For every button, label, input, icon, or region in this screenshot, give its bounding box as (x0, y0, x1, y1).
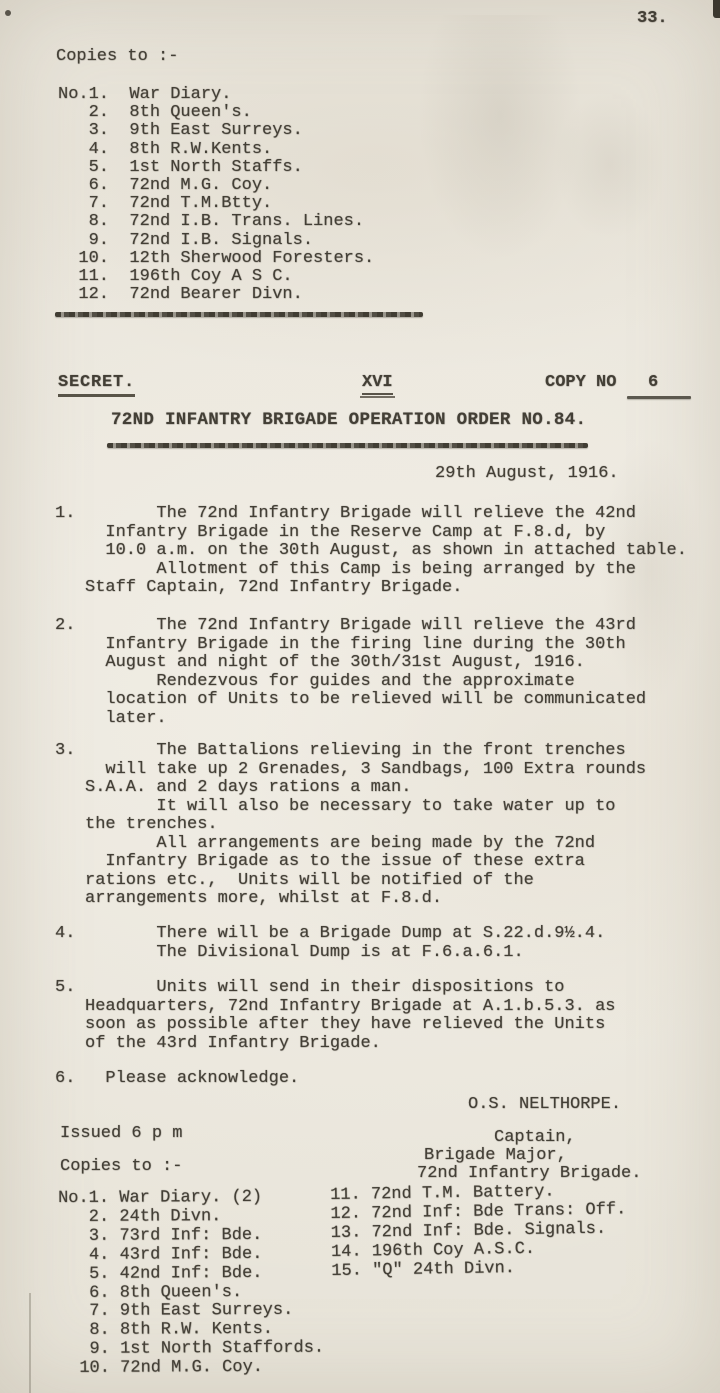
copy-row: 9. 1st North Staffords. (59, 1340, 324, 1360)
copy-row: 5. 42nd Inf: Bde. (58, 1264, 323, 1284)
copy-no-value: 6 (648, 374, 658, 393)
copies-to-heading-top: Copies to :- (56, 48, 178, 67)
paper-speck (5, 10, 11, 16)
copy-row: 7. 72nd T.M.Btty. (58, 195, 374, 213)
copy-row: 3. 73rd Inf: Bde. (58, 1226, 323, 1246)
section-divider-line (55, 312, 423, 317)
copy-row: No.1. War Diary. (2) (58, 1189, 323, 1209)
paragraph-body: The 72nd Infantry Brigade will relieve t… (85, 617, 646, 728)
order-date: 29th August, 1916. (435, 465, 619, 484)
copy-row: 11. 196th Coy A S C. (58, 268, 374, 286)
issued-time: Issued 6 p m (60, 1125, 182, 1144)
copies-list-bottom-right: 11. 72nd T.M. Battery.12. 72nd Inf: Bde … (330, 1181, 627, 1281)
copies-to-heading-bottom: Copies to :- (60, 1158, 182, 1177)
paragraph-body: Please acknowledge. (85, 1070, 299, 1089)
signature-name: O.S. NELTHORPE. (468, 1096, 621, 1115)
copy-row: 4. 43rd Inf: Bde. (58, 1245, 323, 1265)
copy-row: 15. "Q" 24th Divn. (331, 1257, 627, 1281)
paragraph-number: 1. (55, 505, 75, 524)
copies-list-bottom-left: No.1. War Diary. (2) 2. 24th Divn. 3. 73… (58, 1189, 324, 1379)
classification-label: SECRET. (58, 374, 135, 393)
order-title: 72ND INFANTRY BRIGADE OPERATION ORDER NO… (111, 411, 586, 430)
series-number: XVI (362, 374, 393, 393)
copy-row: 7. 9th East Surreys. (59, 1302, 324, 1322)
paragraph-body: The 72nd Infantry Brigade will relieve t… (85, 505, 687, 598)
copy-row: 12. 72nd Bearer Divn. (58, 286, 374, 304)
copy-row: 3. 9th East Surreys. (58, 122, 374, 140)
paragraph-body: There will be a Brigade Dump at S.22.d.9… (85, 925, 605, 962)
paragraph-body: The Battalions relieving in the front tr… (85, 742, 646, 909)
copies-list-top: No.1. War Diary. 2. 8th Queen's. 3. 9th … (58, 86, 374, 304)
paragraph-number: 5. (55, 979, 75, 998)
paragraph-number: 3. (55, 742, 75, 761)
copy-row: 4. 8th R.W.Kents. (58, 141, 374, 159)
copy-row: 2. 8th Queen's. (58, 104, 374, 122)
copy-row: 9. 72nd I.B. Signals. (58, 232, 374, 250)
classification-text: SECRET. (58, 373, 135, 397)
copy-row: 10. 12th Sherwood Foresters. (58, 250, 374, 268)
paragraph-number: 2. (55, 617, 75, 636)
series-text: XVI (362, 373, 393, 395)
copy-row: 10. 72nd M.G. Coy. (59, 1359, 324, 1379)
copy-row: No.1. War Diary. (58, 86, 374, 104)
paper-edge-mark (713, 0, 720, 18)
title-rule-line (107, 443, 588, 448)
paragraph-number: 4. (55, 925, 75, 944)
ink-bleed-smudge (555, 90, 665, 240)
page-number: 33. (637, 10, 668, 29)
ink-bleed-smudge (415, 15, 585, 265)
copy-row: 6. 72nd M.G. Coy. (58, 177, 374, 195)
document-page: 33. Copies to :- No.1. War Diary. 2. 8th… (0, 0, 720, 1393)
paragraph-number: 6. (55, 1070, 75, 1089)
copy-no-label: COPY NO (545, 374, 616, 393)
signature-role: Brigade Major, (424, 1147, 567, 1166)
copy-row: 2. 24th Divn. (58, 1208, 323, 1228)
copy-row: 5. 1st North Staffs. (58, 159, 374, 177)
signature-rank: Captain, (494, 1129, 576, 1148)
copy-no-underline (627, 396, 691, 399)
paper-crease-line (29, 1293, 31, 1393)
paragraph-body: Units will send in their dispositions to… (85, 979, 616, 1053)
copy-row: 8. 72nd I.B. Trans. Lines. (58, 213, 374, 231)
